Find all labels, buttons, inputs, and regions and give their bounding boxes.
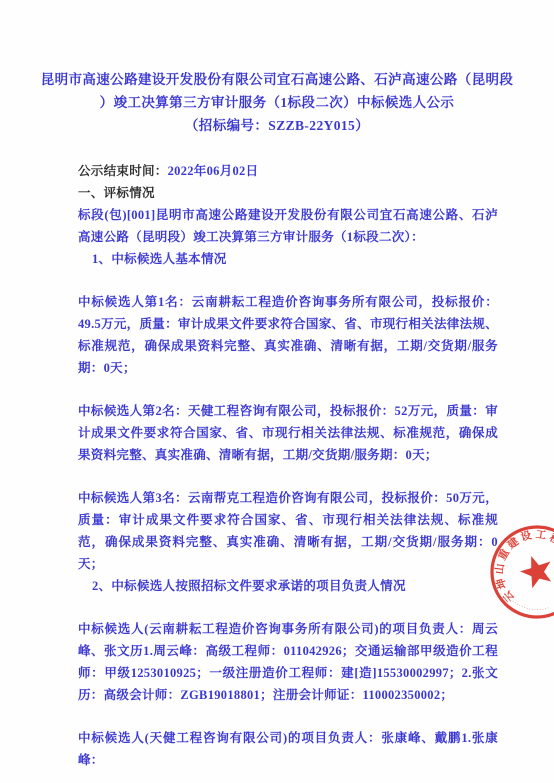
bid-section-intro: 标段(包)[001]昆明市高速公路建设开发股份有限公司宜石高速公路、石泸高速公路…	[78, 204, 498, 248]
candidate-paragraph-3: 中标候选人第3名：云南帮克工程造价咨询有限公司，投标报价：50万元，质量：审计成…	[78, 487, 498, 575]
publicity-end-time: 公示结束时间：2022年06月02日	[78, 160, 498, 182]
subheading-project-managers: 2、中标候选人按照招标文件要求承诺的项目负责人情况	[78, 575, 498, 597]
star-icon	[520, 556, 551, 588]
announcement-page: 昆明市高速公路建设开发股份有限公司宜石高速公路、石泸高速公路（昆明段 ）竣工决算…	[0, 0, 554, 783]
project-manager-paragraph-1: 中标候选人(云南耕耘工程造价咨询事务所有限公司)的项目负责人：周云峰、张文历1.…	[78, 618, 498, 706]
document-title: 昆明市高速公路建设开发股份有限公司宜石高速公路、石泸高速公路（昆明段 ）竣工决算…	[30, 68, 524, 137]
project-manager-paragraph-2: 中标候选人(天健工程咨询有限公司)的项目负责人：张康峰、戴鹏1.张康峰：	[78, 727, 498, 771]
tender-number: （招标编号：SZZB-22Y015）	[30, 114, 524, 137]
announcement-body: 公示结束时间：2022年06月02日 一、评标情况 标段(包)[001]昆明市高…	[78, 160, 498, 771]
section-heading-evaluation: 一、评标情况	[78, 182, 498, 204]
seal-ring	[492, 527, 554, 617]
candidate-paragraph-2: 中标候选人第2名：天健工程咨询有限公司，投标报价：52万元，质量：审计成果文件要…	[78, 400, 498, 466]
publicity-end-label: 公示结束时间：	[78, 164, 168, 178]
title-line-1: 昆明市高速公路建设开发股份有限公司宜石高速公路、石泸高速公路（昆明段	[30, 68, 524, 91]
title-line-2: ）竣工决算第三方审计服务（1标段二次）中标候选人公示	[30, 91, 524, 114]
candidate-paragraph-1: 中标候选人第1名：云南耕耘工程造价咨询事务所有限公司，投标报价：49.5万元，质…	[78, 291, 498, 379]
seal-serial-marks: ···············	[511, 599, 551, 612]
publicity-end-date: 2022年06月02日	[168, 164, 259, 178]
seal-arc-text: 云坤山重建设工程造价	[493, 528, 554, 604]
subheading-candidate-basics: 1、中标候选人基本情况	[78, 248, 498, 270]
